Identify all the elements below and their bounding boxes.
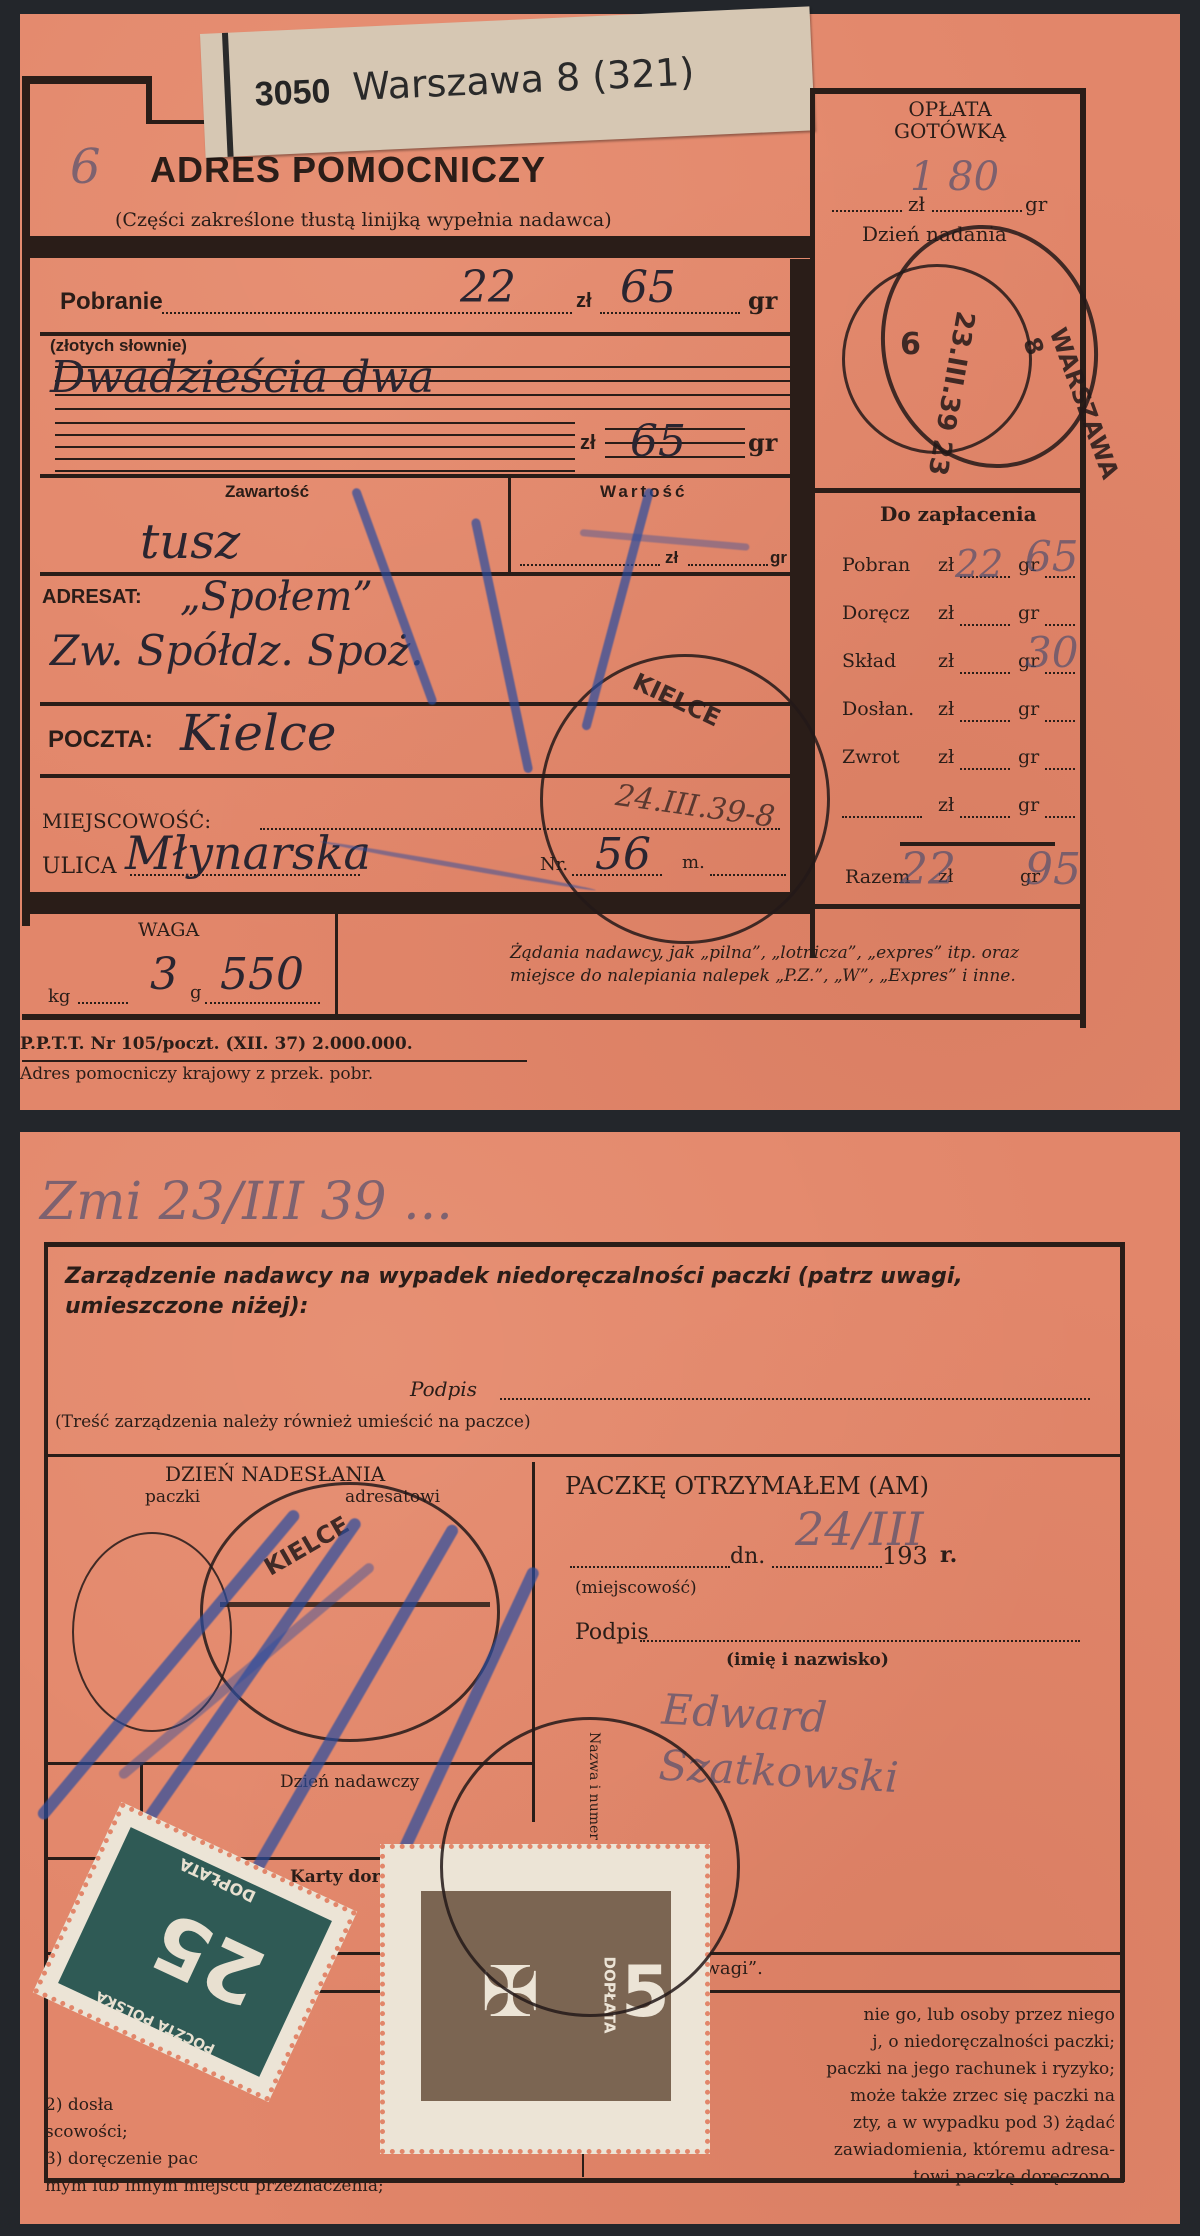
cod-words-value: Dwadzieścia dwa [50,352,434,403]
cod-words-gr: 65 [630,416,686,467]
sticker-post-office: Warszawa 8 (321) [352,50,696,109]
weight-label: WAGA [138,919,199,941]
corner-number: 6 [70,139,101,195]
to-pay-zl-label: zł [938,650,954,672]
contents-value: tusz [140,514,240,570]
to-pay-zl-label: zł [938,746,954,768]
note-line: towi paczkę doręczono. [625,2164,1115,2191]
to-pay-row-label: Skład [842,650,896,672]
fee-heading: OPŁATA GOTÓWKĄ [880,98,1020,142]
form-description: Adres pomocniczy krajowy z przek. pobr. [20,1064,373,1084]
to-pay-gr-value: 30 [1025,628,1078,677]
cod-label: Pobranie [60,288,163,316]
instruction-note: (Treść zarządzenia należy również umieśc… [55,1412,531,1432]
to-pay-row-label: Doręcz [842,602,910,624]
addressee-label: ADRESAT: [42,586,142,609]
addressee-line1: „Społem” [180,574,373,620]
weight-g-value: 550 [220,949,304,1000]
addressee-line2: Zw. Spółdz. Spoż. [50,626,424,675]
receipt-heading: PACZKĘ OTRZYMAŁEM (AM) [565,1472,929,1500]
parcel-address-card-front: ADRES POMOCNICZY (Części zakreślone tłus… [20,14,1180,1110]
to-pay-zl-label: zł [938,794,954,816]
form-subtitle: (Części zakreślone tłustą linijką wypełn… [115,209,612,231]
post-office-label-sticker: 3050 Warszawa 8 (321) [200,6,815,158]
to-pay-row-label: Zwrot [842,746,900,768]
form-number: P.P.T.T. Nr 105/poczt. (XII. 37) 2.000.0… [20,1034,413,1054]
signature-label: Podpis [410,1377,477,1401]
postmark-kielce-stamp [440,1717,740,2017]
street-label: ULICA [42,854,117,879]
note-line: mym lub innym miejscu przeznaczenia; [45,2173,575,2200]
instruction-title: Zarządzenie nadawcy na wypadek niedoręcz… [65,1262,1105,1322]
to-pay-gr-label: gr [1018,698,1039,720]
header-divider [22,236,812,258]
receipt-date: 24/III [795,1502,924,1556]
to-pay-gr-label: gr [1018,794,1039,816]
back-handwritten-note: Zmi 23/III 39 ... [40,1172,453,1232]
to-pay-zl-value: 22 [955,542,1003,586]
total-zl-value: 22 [900,844,956,895]
to-pay-gr-value: 65 [1025,532,1078,581]
sender-requests-note: Żądania nadawcy, jak „pilna”, „lotnicza”… [510,942,1030,988]
weight-kg-value: 3 [150,949,178,1000]
to-pay-zl-label: zł [938,602,954,624]
cod-gr-value: 65 [620,262,676,313]
cod-zl-value: 22 [460,262,516,313]
to-pay-gr-label: gr [1018,602,1039,624]
to-pay-row-label: Pobran [842,554,910,576]
street-value: Młynarska [125,826,371,880]
to-pay-heading: Do zapłacenia [880,502,1037,526]
post-office-value: Kielce [180,704,337,762]
to-pay-zl-label: zł [938,554,954,576]
post-office-label: POCZTA: [48,726,153,754]
sticker-number: 3050 [254,72,331,114]
to-pay-zl-label: zł [938,698,954,720]
name-label: (imię i nazwisko) [726,1650,889,1670]
frame-left [22,76,30,926]
stamp-postage-due-25gr: DOPŁATA 25 POCZTA POLSKA [33,1802,357,2102]
parcel-address-card-back: Zmi 23/III 39 ... Zarządzenie nadawcy na… [20,1132,1180,2224]
to-pay-row-label: Dosłan. [842,698,914,720]
frame-top-left [22,76,152,84]
total-gr-value: 95 [1025,844,1081,895]
contents-label: Zawartość [225,482,309,502]
to-pay-gr-label: gr [1018,746,1039,768]
